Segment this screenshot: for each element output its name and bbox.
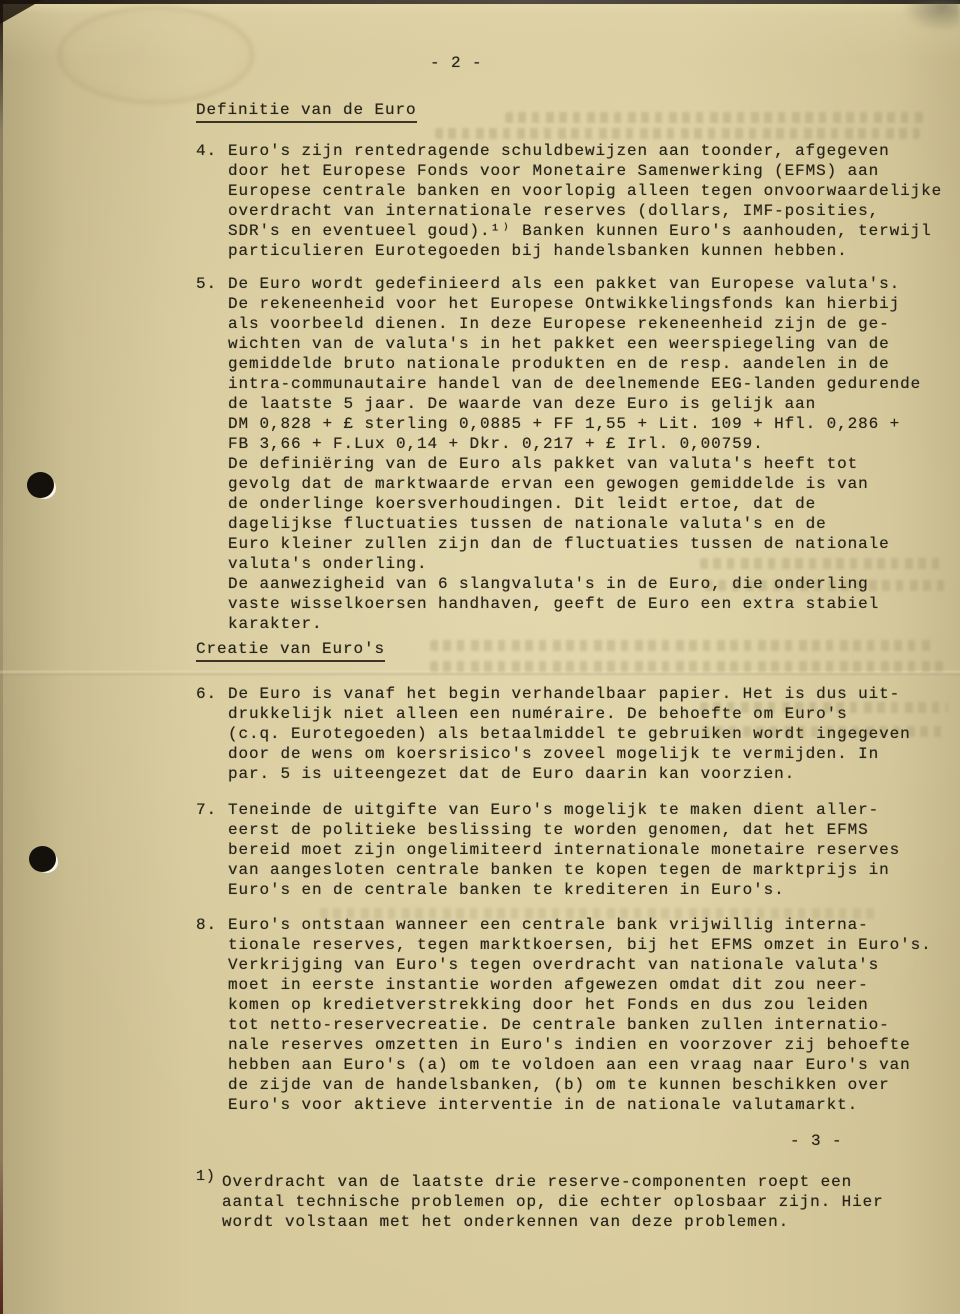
scan-edge-top [0,0,960,4]
paragraph-text: Euro's zijn rentedragende schuldbewijzen… [228,141,960,261]
bleed-through-text [430,661,945,672]
paragraph-4: 4. Euro's zijn rentedragende schuldbewij… [196,141,960,261]
paragraph-text: De Euro is vanaf het begin verhandelbaar… [228,684,960,784]
paragraph-number: 7. [196,800,217,820]
paragraph-text: Euro's ontstaan wanneer een centrale ban… [228,915,960,1115]
punch-hole-top [27,472,54,498]
paragraph-text: Teneinde de uitgifte van Euro's mogelijk… [228,800,960,900]
punch-hole-bottom [29,846,56,872]
next-page-number: - 3 - [790,1131,843,1151]
scanned-document-page: - 2 - Definitie van de Euro 4. Euro's zi… [0,0,960,1314]
paragraph-6: 6. De Euro is vanaf het begin verhandelb… [196,684,960,784]
section-heading-definitie: Definitie van de Euro [196,100,417,123]
paragraph-number: 5. [196,274,217,294]
scan-edge-left [0,0,3,1314]
footnote-1: 1) Overdracht van de laatste drie reserv… [196,1172,922,1232]
paragraph-text: De Euro wordt gedefinieerd als een pakke… [228,274,960,634]
bleed-through-text [505,112,925,123]
bleed-through-text [430,640,935,651]
footnote-marker: 1) [196,1167,216,1187]
scan-corner-shadow [0,0,42,24]
paragraph-number: 8. [196,915,217,935]
paragraph-7: 7. Teneinde de uitgifte van Euro's mogel… [196,800,960,900]
paragraph-number: 4. [196,141,217,161]
paper-stain [58,6,254,104]
paragraph-5: 5. De Euro wordt gedefinieerd als een pa… [196,274,960,634]
paragraph-8: 8. Euro's ontstaan wanneer een centrale … [196,915,960,1115]
scan-smudge-top-right [902,0,960,32]
footnote-text: Overdracht van de laatste drie reserve-c… [222,1172,922,1232]
bleed-through-text [435,128,920,139]
page-number: - 2 - [430,53,483,73]
section-heading-creatie: Creatie van Euro's [196,639,385,662]
paragraph-number: 6. [196,684,217,704]
